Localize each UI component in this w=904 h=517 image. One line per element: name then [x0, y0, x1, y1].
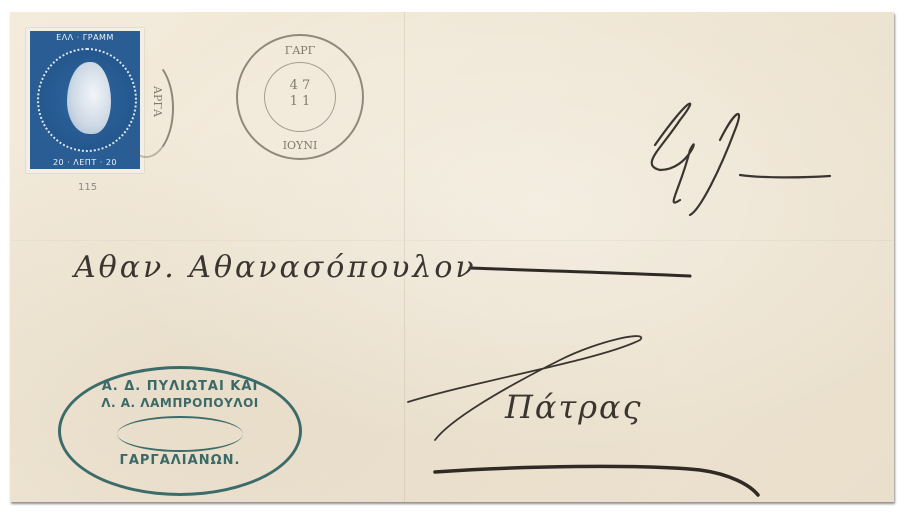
cachet-line-2: Λ. Α. ΛΑΜΠΡΟΠΟΥΛΟΙ [61, 396, 299, 410]
cachet-inner-lens [117, 416, 243, 452]
handwritten-destination: Πάτρας [505, 388, 643, 426]
handwritten-addressee: Αθαν. Αθανασόπουλον [74, 250, 477, 285]
sender-cachet: Α. Δ. ΠΥΛΙΩΤΑΙ ΚΑΙ Λ. Α. ΛΑΜΠΡΟΠΟΥΛΟΙ ΓΑ… [58, 366, 302, 496]
cachet-line-1: Α. Δ. ΠΥΛΙΩΤΑΙ ΚΑΙ [61, 379, 299, 394]
cachet-town: ΓΑΡΓΑΛΙΑΝΩΝ. [61, 453, 299, 468]
